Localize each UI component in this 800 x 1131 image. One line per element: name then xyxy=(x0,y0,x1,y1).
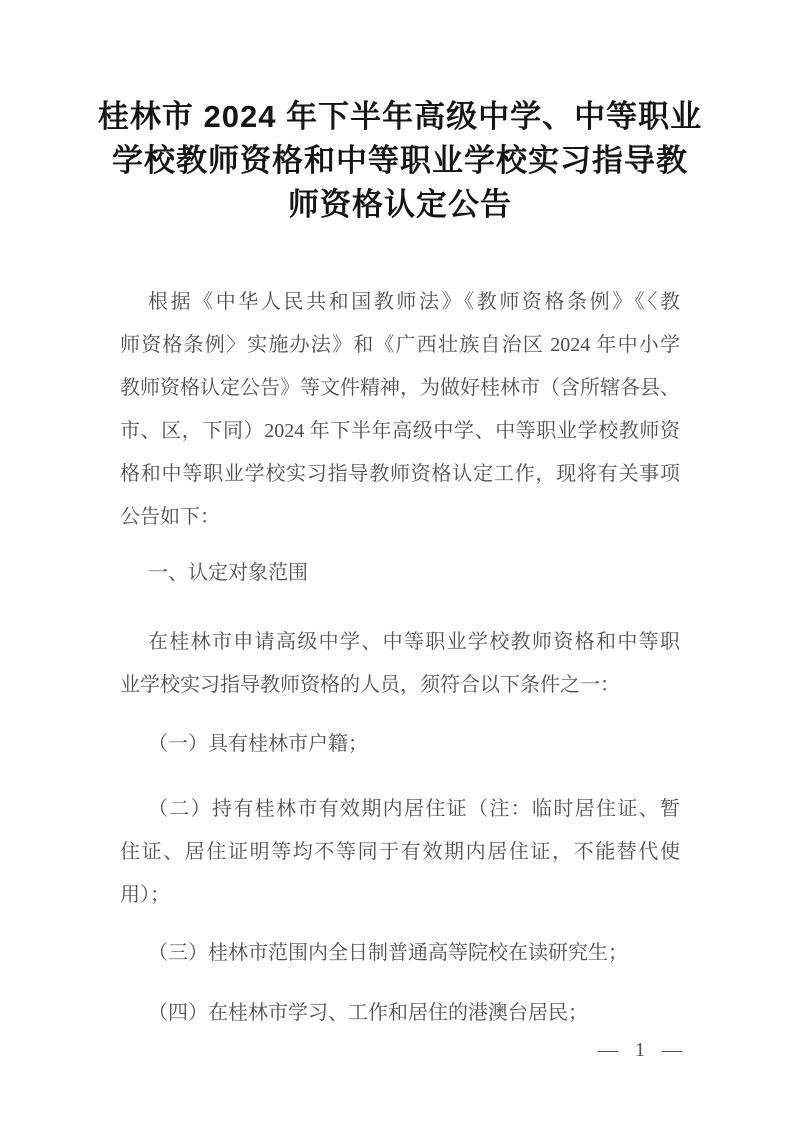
body-line: 公告如下： xyxy=(120,496,680,539)
section-heading-1: 一、认定对象范围 xyxy=(120,552,680,595)
page-number: — 1 — xyxy=(598,1036,682,1064)
title-line-2: 学校教师资格和中等职业学校实习指导教 xyxy=(0,139,800,183)
body-line: 根据《中华人民共和国教师法》《教师资格条例》《〈教 xyxy=(120,281,680,324)
heading-text: 一、认定对象范围 xyxy=(120,552,680,595)
condition-item-4: （四）在桂林市学习、工作和居住的港澳台居民； xyxy=(120,992,680,1035)
body-line: 教师资格认定公告》等文件精神，为做好桂林市（含所辖各县、 xyxy=(120,367,680,410)
title-line-3: 师资格认定公告 xyxy=(0,183,800,227)
title-line-1: 桂林市 2024 年下半年高级中学、中等职业 xyxy=(0,95,800,139)
body-line: 住证、居住证明等均不等同于有效期内居住证，不能替代使 xyxy=(120,831,680,874)
condition-item-2: （二）持有桂林市有效期内居住证（注：临时居住证、暂 住证、居住证明等均不等同于有… xyxy=(120,788,680,917)
body-line: 在桂林市申请高级中学、中等职业学校教师资格和中等职 xyxy=(120,621,680,664)
body-line: 格和中等职业学校实习指导教师资格认定工作，现将有关事项 xyxy=(120,453,680,496)
condition-item-1: （一）具有桂林市户籍； xyxy=(120,723,680,766)
body-line: （一）具有桂林市户籍； xyxy=(120,723,680,766)
paragraph-intro: 根据《中华人民共和国教师法》《教师资格条例》《〈教 师资格条例〉实施办法》和《广… xyxy=(120,281,680,539)
body-line: 市、区，下同）2024 年下半年高级中学、中等职业学校教师资 xyxy=(120,410,680,453)
body-line: 师资格条例〉实施办法》和《广西壮族自治区 2024 年中小学 xyxy=(120,324,680,367)
body-line: （二）持有桂林市有效期内居住证（注：临时居住证、暂 xyxy=(120,788,680,831)
page-number-text: — 1 — xyxy=(598,1039,682,1061)
body-line: 用）； xyxy=(120,874,680,917)
body-line: 业学校实习指导教师资格的人员，须符合以下条件之一： xyxy=(120,664,680,707)
document-title: 桂林市 2024 年下半年高级中学、中等职业 学校教师资格和中等职业学校实习指导… xyxy=(0,95,800,227)
paragraph-scope: 在桂林市申请高级中学、中等职业学校教师资格和中等职 业学校实习指导教师资格的人员… xyxy=(120,621,680,707)
condition-item-3: （三）桂林市范围内全日制普通高等院校在读研究生； xyxy=(120,932,680,975)
body-line: （四）在桂林市学习、工作和居住的港澳台居民； xyxy=(120,992,680,1035)
document-page: 桂林市 2024 年下半年高级中学、中等职业 学校教师资格和中等职业学校实习指导… xyxy=(0,0,800,1131)
body-line: （三）桂林市范围内全日制普通高等院校在读研究生； xyxy=(120,932,680,975)
